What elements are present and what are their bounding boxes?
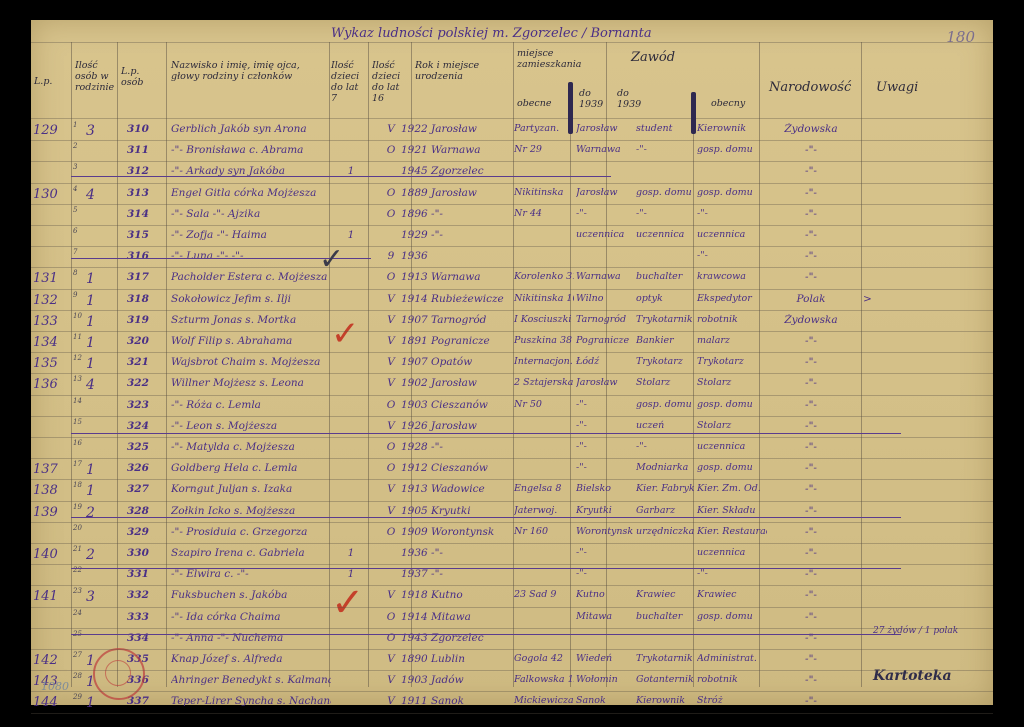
table-row: 144 29 1 337 Teper-Lirer Syncha s. Nacha… [31,693,993,712]
occupation-now: Kier. Restauracji [697,526,767,537]
family-number: 132 [33,293,69,308]
residence-now: Mickiewicza 23 [514,695,574,706]
family-number: 142 [33,653,69,668]
sheet-title: Wykaz ludności polskiej m. Zgorzelec / B… [331,26,652,41]
pencil-check-mark: ✓ [319,242,344,277]
persons-count: 1 [86,314,106,330]
occupation-pre-1939: Bankier [636,335,694,346]
person-index: 4 [73,185,85,193]
occupation-pre-1939: Krawiec [636,589,694,600]
person-name: Teper-Lirer Syncha s. Nachana [171,695,331,707]
person-lp: 311 [127,144,157,156]
table-row: 136 13 4 322 Willner Mojżesz s. Leona V … [31,375,993,394]
persons-count: 1 [86,271,106,287]
person-lp: 337 [127,695,157,707]
residence-pre-1939: Wołomin [576,674,634,685]
residence-pre-1939: -"- [576,441,634,452]
occupation-now: malarz [697,335,767,346]
residence-pre-1939: -"- [576,420,634,431]
occupation-pre-1939: Gotanternik [636,674,694,685]
nationality: -"- [771,568,851,580]
birth-year-place: 1922 Jarosław [401,123,511,135]
occupation-now: robotnik [697,314,767,325]
birth-year-place: 1936 -"- [401,547,511,559]
table-row: 25 334 -"- Anna -"- Nuchema O 1943 Zgorz… [31,630,993,649]
table-row: 14 323 -"- Róża c. Lemla O 1903 Cieszanó… [31,397,993,416]
residence-now: 2 Sztajerska [514,377,574,388]
person-index: 27 [73,651,85,659]
table-row: 138 18 1 327 Korngut Juljan s. Izaka V 1… [31,481,993,500]
person-name: Gerblich Jakób syn Arona [171,123,331,135]
person-index: 28 [73,672,85,680]
person-index: 15 [73,418,85,426]
nationality: -"- [771,589,851,601]
person-index: 1 [73,121,85,129]
occupation-pre-1939: student [636,123,694,134]
person-lp: 322 [127,377,157,389]
residence-now: Nr 50 [514,399,574,410]
occupation-now: gosp. domu [697,611,767,622]
header-nationality: Narodowość [769,82,851,93]
person-index: 21 [73,545,85,553]
person-name: Ahringer Benedykt s. Kalmana [171,674,331,686]
person-index: 6 [73,227,85,235]
occupation-now: gosp. domu [697,144,767,155]
header-residence-pre: do 1939 [579,88,609,110]
occupation-pre-1939: Modniarka [636,462,694,473]
birth-year-place: 1914 Mitawa [401,611,511,623]
table-row: 133 10 1 319 Szturm Jonas s. Mortka V 19… [31,312,993,331]
birth-year-place: 1913 Warnawa [401,271,511,283]
birth-year-place: 1913 Wadowice [401,483,511,495]
person-lp: 318 [127,293,157,305]
table-row: 135 12 1 321 Wajsbrot Chaim s. Mojżesza … [31,354,993,373]
occupation-now: gosp. domu [697,399,767,410]
table-row: 140 21 2 330 Szapiro Irena c. Gabriela 1… [31,545,993,564]
header-occupation-now: obecny [711,98,745,109]
table-row: 132 9 1 318 Sokołowicz Jefim s. Ilji V 1… [31,291,993,310]
red-check-mark: ✓ [331,580,365,626]
person-lp: 320 [127,335,157,347]
birth-year-place: 1936 [401,250,511,262]
nationality: -"- [771,526,851,538]
nationality: -"- [771,356,851,368]
occupation-now: Administrat. [697,653,767,664]
residence-now: Nikitinska 10 [514,293,574,304]
person-name: -"- Matylda c. Mojżesza [171,441,331,453]
occupation-pre-1939: gosp. domu [636,187,694,198]
person-name: Wolf Filip s. Abrahama [171,335,331,347]
red-check-mark: ✓ [331,314,360,354]
table-row: 22 331 -"- Elwira c. -"- 1 1937 -"- -"- … [31,566,993,585]
person-index: 13 [73,375,85,383]
remarks: > [863,293,983,305]
occupation-now: Krawiec [697,589,767,600]
birth-year-place: 1907 Tarnogród [401,314,511,326]
occupation-now: gosp. domu [697,462,767,473]
birth-year-place: 1929 -"- [401,229,511,241]
person-index: 8 [73,269,85,277]
persons-count: 4 [86,187,106,203]
person-lp: 325 [127,441,157,453]
birth-year-place: 1937 -"- [401,568,511,580]
person-lp: 326 [127,462,157,474]
nationality: -"- [771,420,851,432]
persons-count: 1 [86,462,106,478]
persons-count: 1 [86,483,106,499]
residence-now: Partyzan. [514,123,574,134]
persons-count: 2 [86,547,106,563]
family-number: 137 [33,462,69,477]
nationality: -"- [771,208,851,220]
person-name: Sokołowicz Jefim s. Ilji [171,293,331,305]
residence-pre-1939: Sanok [576,695,634,706]
occupation-pre-1939: gosp. domu [636,399,694,410]
residence-pre-1939: Jarosław [576,377,634,388]
person-name: -"- Elwira c. -"- [171,568,331,580]
children-under-7: 1 [336,547,366,559]
person-index: 17 [73,460,85,468]
occupation-pre-1939: Trykotarnik [636,653,694,664]
table-row: 131 8 1 317 Pacholder Estera c. Mojżesza… [31,269,993,288]
person-index: 3 [73,163,85,171]
person-name: -"- Ida córka Chaima [171,611,331,623]
nationality: -"- [771,462,851,474]
nationality: -"- [771,695,851,707]
nationality: -"- [771,505,851,517]
family-number: 133 [33,314,69,329]
person-lp: 321 [127,356,157,368]
person-name: -"- Luna -"- -"- [171,250,331,262]
occupation-now: uczennica [697,547,767,558]
table-row: 5 314 -"- Sala -"- Ajzika O 1896 -"- Nr … [31,206,993,225]
nationality: -"- [771,377,851,389]
header-persons-in-family: Ilość osób w rodzinie [75,60,115,93]
birth-year-place: 1928 -"- [401,441,511,453]
occupation-pre-1939: urzędniczka [636,526,694,537]
family-number: 144 [33,695,69,710]
family-number: 141 [33,589,69,604]
persons-count: 3 [86,123,106,139]
person-index: 5 [73,206,85,214]
persons-count: 1 [86,335,106,351]
children-under-7: 1 [336,568,366,580]
family-number: 135 [33,356,69,371]
residence-pre-1939: -"- [576,568,634,579]
person-name: Zołkin Icko s. Mojżesza [171,505,331,517]
occupation-pre-1939: Trykotarnik [636,314,694,325]
occupation-pre-1939: Trykotarz [636,356,694,367]
header-birth: Rok i miejsce urodzenia [415,60,510,82]
header-occupation-pre: do 1939 [617,88,647,110]
birth-year-place: 1896 -"- [401,208,511,220]
residence-pre-1939: uczennica [576,229,634,240]
table-row: 130 4 4 313 Engel Gitla córka Mojżesza O… [31,185,993,204]
residence-now: Nr 44 [514,208,574,219]
occupation-pre-1939: Stolarz [636,377,694,388]
table-row: 137 17 1 326 Goldberg Hela c. Lemla O 19… [31,460,993,479]
birth-year-place: 1911 Sanok [401,695,511,707]
person-index: 16 [73,439,85,447]
birth-year-place: 1909 Worontynsk [401,526,511,538]
nationality: -"- [771,441,851,453]
nationality: Polak [771,293,851,305]
residence-now: Gogola 42 [514,653,574,664]
occupation-now: Kierownik [697,123,767,134]
person-lp: 329 [127,526,157,538]
person-index: 24 [73,609,85,617]
person-index: 10 [73,312,85,320]
person-index: 12 [73,354,85,362]
table-row: 2 311 -"- Bronisława c. Abrama O 1921 Wa… [31,142,993,161]
residence-now: Falkowska 124 [514,674,574,685]
birth-year-place: 1926 Jarosław [401,420,511,432]
person-lp: 328 [127,505,157,517]
residence-pre-1939: Łódź [576,356,634,367]
table-row: 129 1 3 310 Gerblich Jakób syn Arona V 1… [31,121,993,140]
header-person-lp: L.p. osób [121,66,163,88]
person-name: Korngut Juljan s. Izaka [171,483,331,495]
residence-pre-1939: -"- [576,462,634,473]
residence-now: Nikitinska [514,187,574,198]
persons-count: 1 [86,356,106,372]
nationality: -"- [771,187,851,199]
header-family-lp: L.p. [34,76,52,87]
residence-pre-1939: Worontynsk [576,526,634,537]
occupation-pre-1939: -"- [636,144,694,155]
residence-now: Engelsa 8 [514,483,574,494]
person-name: -"- Sala -"- Ajzika [171,208,331,220]
header-residence-now: obecne [517,98,551,109]
nationality: -"- [771,399,851,411]
persons-count: 3 [86,589,106,605]
birth-year-place: 1914 Rubieżewicze [401,293,511,305]
person-lp: 316 [127,250,157,262]
header-bottom-rule [31,118,993,119]
residence-pre-1939: -"- [576,547,634,558]
occupation-pre-1939: -"- [636,208,694,219]
person-name: Engel Gitla córka Mojżesza [171,187,331,199]
person-index: 20 [73,524,85,532]
person-lp: 331 [127,568,157,580]
person-name: -"- Prosiduia c. Grzegorza [171,526,331,538]
person-lp: 319 [127,314,157,326]
occupation-pre-1939: buchalter [636,611,694,622]
residence-now: Internacjon. 162 [514,356,574,367]
header-top-rule [31,42,993,43]
person-lp: 317 [127,271,157,283]
occupation-pre-1939: buchalter [636,271,694,282]
header-remarks: Uwagi [876,82,918,93]
birth-year-place: 1903 Cieszanów [401,399,511,411]
residence-pre-1939: Warnawa [576,144,634,155]
occupation-now: Kier. Zm. Od. [697,483,767,494]
nationality: -"- [771,144,851,156]
residence-pre-1939: Tarnogród [576,314,634,325]
person-index: 18 [73,481,85,489]
person-lp: 310 [127,123,157,135]
table-row: 24 333 -"- Ida córka Chaima O 1914 Mitaw… [31,609,993,628]
person-index: 7 [73,248,85,256]
table-row: 142 27 1 335 Knap Józef s. Alfreda V 189… [31,651,993,670]
person-name: Szapiro Irena c. Gabriela [171,547,331,559]
occupation-now: Trykotarz [697,356,767,367]
residence-pre-1939: -"- [576,399,634,410]
person-name: -"- Zofja -"- Haima [171,229,331,241]
family-number: 136 [33,377,69,392]
person-name: -"- Leon s. Mojżesza [171,420,331,432]
residence-pre-1939: Pogranicze [576,335,634,346]
occupation-now: uczennica [697,229,767,240]
occupation-now: -"- [697,208,767,219]
person-lp: 324 [127,420,157,432]
nationality: -"- [771,271,851,283]
family-number: 139 [33,505,69,520]
header-children-16: Ilość dzieci do lat 16 [372,60,410,104]
person-index: 11 [73,333,85,341]
occupation-pre-1939: optyk [636,293,694,304]
birth-year-place: 1912 Cieszanów [401,462,511,474]
nationality: Żydowska [771,314,851,326]
person-name: -"- Róża c. Lemla [171,399,331,411]
birth-year-place: 1902 Jarosław [401,377,511,389]
persons-count: 1 [86,293,106,309]
occupation-now: -"- [697,568,767,579]
person-name: Pacholder Estera c. Mojżesza [171,271,331,283]
family-number: 131 [33,271,69,286]
header-residence: miejsce zamieszkania [517,48,607,70]
residence-now: Nr 160 [514,526,574,537]
family-number: 129 [33,123,69,138]
family-number: 130 [33,187,69,202]
residence-now: Puszkina 38 [514,335,574,346]
residence-pre-1939: Warnawa [576,271,634,282]
person-name: Wajsbrot Chaim s. Mojżesza [171,356,331,368]
residence-now: Nr 29 [514,144,574,155]
residence-pre-1939: Wiedeń [576,653,634,664]
persons-count: 4 [86,377,106,393]
table-row: 6 315 -"- Zofja -"- Haima 1 1929 -"- ucz… [31,227,993,246]
person-name: Knap Józef s. Alfreda [171,653,331,665]
occupation-now: Ekspedytor [697,293,767,304]
birth-year-place: 1889 Jarosław [401,187,511,199]
family-number: 138 [33,483,69,498]
occupation-now: -"- [697,250,767,261]
nationality: -"- [771,483,851,495]
residence-pre-1939: Kutno [576,589,634,600]
person-lp: 333 [127,611,157,623]
persons-count: 1 [86,695,106,711]
occupation-pre-1939: uczennica [636,229,694,240]
occupation-now: Stolarz [697,377,767,388]
residence-pre-1939: Jarosław [576,187,634,198]
occupation-pre-1939: Kier. Fabryki [636,483,694,494]
person-lp: 327 [127,483,157,495]
table-row: 139 19 2 328 Zołkin Icko s. Mojżesza V 1… [31,503,993,522]
birth-year-place: 1891 Pogranicze [401,335,511,347]
nationality: -"- [771,165,851,177]
birth-year-place: 1918 Kutno [401,589,511,601]
occupation-now: krawcowa [697,271,767,282]
table-row: 3 312 -"- Arkady syn Jakóba 1 1945 Zgorz… [31,163,993,182]
table-row: 141 23 3 332 Fuksbuchen s. Jakóba V 1918… [31,587,993,606]
occupation-pre-1939: uczeń [636,420,694,431]
person-name: Fuksbuchen s. Jakóba [171,589,331,601]
birth-year-place: 1890 Lublin [401,653,511,665]
table-row: 16 325 -"- Matylda c. Mojżesza O 1928 -"… [31,439,993,458]
nationality: -"- [771,653,851,665]
residence-now: Jaterwoj. [514,505,574,516]
person-name: Szturm Jonas s. Mortka [171,314,331,326]
person-index: 23 [73,587,85,595]
family-number: 140 [33,547,69,562]
residence-pre-1939: Mitawa [576,611,634,622]
table-row: 143 28 1 336 Ahringer Benedykt s. Kalman… [31,672,993,691]
census-sheet: Wykaz ludności polskiej m. Zgorzelec / B… [31,20,993,705]
person-name: Willner Mojżesz s. Leona [171,377,331,389]
person-lp: 314 [127,208,157,220]
header-occupation: Zawód [631,52,675,63]
birth-year-place: 1907 Opatów [401,356,511,368]
person-lp: 330 [127,547,157,559]
nationality: -"- [771,335,851,347]
residence-pre-1939: Jarosław [576,123,634,134]
nationality: -"- [771,229,851,241]
nationality: -"- [771,250,851,262]
occupation-now: Kier. Składu [697,505,767,516]
residence-now: Korolenko 31 [514,271,574,282]
occupation-pre-1939: Garbarz [636,505,694,516]
person-name: Goldberg Hela c. Lemla [171,462,331,474]
residence-pre-1939: Wilno [576,293,634,304]
occupation-now: Stolarz [697,420,767,431]
header-children-7: Ilość dzieci do lat 7 [331,60,367,104]
person-index: 14 [73,397,85,405]
children-under-7: 1 [336,229,366,241]
person-index: 19 [73,503,85,511]
residence-pre-1939: Kryutki [576,505,634,516]
page-number: 180 [946,28,975,46]
person-index: 2 [73,142,85,150]
residence-now: I Kosciuszki 6 [514,314,574,325]
table-row: 134 11 1 320 Wolf Filip s. Abrahama V 18… [31,333,993,352]
person-index: 29 [73,693,85,701]
occupation-now: uczennica [697,441,767,452]
person-lp: 313 [127,187,157,199]
birth-year-place: 1903 Jadów [401,674,511,686]
occupation-now: Stróż [697,695,767,706]
table-row: 20 329 -"- Prosiduia c. Grzegorza O 1909… [31,524,993,543]
residence-now: 23 Sad 9 [514,589,574,600]
person-lp: 315 [127,229,157,241]
family-number: 134 [33,335,69,350]
residence-pre-1939: Bielsko [576,483,634,494]
person-index: 9 [73,291,85,299]
birth-year-place: 1921 Warnawa [401,144,511,156]
nationality: Żydowska [771,123,851,135]
occupation-pre-1939: -"- [636,441,694,452]
residence-pre-1939: -"- [576,208,634,219]
nationality: -"- [771,547,851,559]
occupation-pre-1939: Kierownik [636,695,694,706]
header-name: Nazwisko i imię, imię ojca, głowy rodzin… [171,60,321,82]
nationality: -"- [771,611,851,623]
occupation-now: gosp. domu [697,187,767,198]
birth-year-place: 1905 Kryutki [401,505,511,517]
persons-count: 2 [86,505,106,521]
person-lp: 332 [127,589,157,601]
nationality: -"- [771,674,851,686]
